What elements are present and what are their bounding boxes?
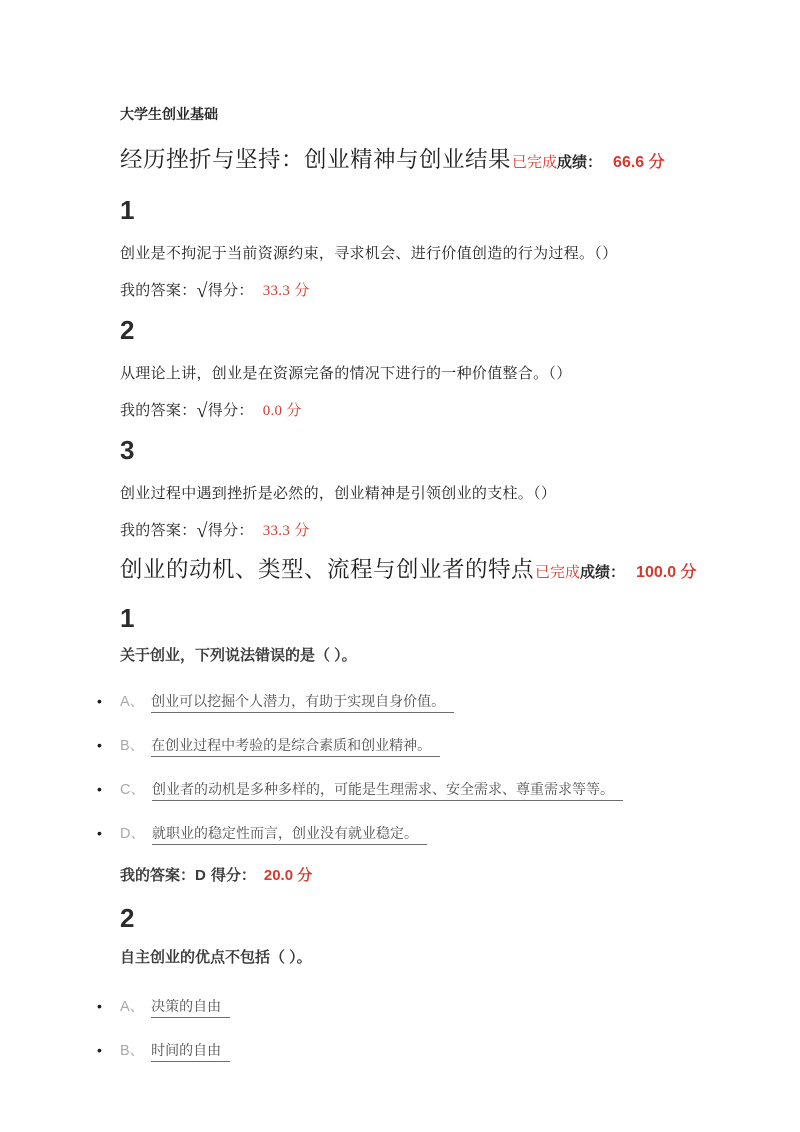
bullet-icon: • xyxy=(97,736,120,755)
score-value: 33.3 分 xyxy=(263,283,310,299)
option-b: • B、 时间的自由 xyxy=(97,1041,650,1062)
answer-prefix-label: 我的答案： xyxy=(120,523,197,539)
section-2-heading: 创业的动机、类型、流程与创业者的特点已完成成绩：100.0 分 xyxy=(120,557,650,586)
section-score-label: 成绩： xyxy=(580,564,625,581)
option-text: 创业者的动机是多种多样的，可能是生理需求、安全需求、尊重需求等等。 xyxy=(152,780,623,801)
option-c: • C、 创业者的动机是多种多样的，可能是生理需求、安全需求、尊重需求等等。 xyxy=(97,780,650,801)
question-text: 自主创业的优点不包括（ ）。 xyxy=(120,948,650,968)
section-status-badge: 已完成 xyxy=(535,564,580,581)
section-status-badge: 已完成 xyxy=(512,154,557,171)
question-number: 1 xyxy=(120,197,650,223)
score-value: 33.3 分 xyxy=(263,523,310,539)
option-b: • B、 在创业过程中考验的是综合素质和创业精神。 xyxy=(97,736,650,757)
option-text: 时间的自由 xyxy=(151,1041,230,1062)
answer-prefix-label: 我的答案： xyxy=(120,867,195,884)
option-d: • D、 就职业的稳定性而言，创业没有就业稳定。 xyxy=(97,824,650,845)
bullet-icon: • xyxy=(97,692,120,711)
question-text: 从理论上讲，创业是在资源完备的情况下进行的一种价值整合。（） xyxy=(120,364,650,384)
question-number: 2 xyxy=(120,905,650,931)
score-label: 得分： xyxy=(208,283,254,299)
score-label: 得分： xyxy=(211,867,256,884)
bullet-icon: • xyxy=(97,1041,120,1060)
option-text: 决策的自由 xyxy=(151,997,230,1018)
score-value: 20.0 分 xyxy=(264,867,312,884)
checkmark-answer: √ xyxy=(197,520,208,542)
bullet-icon: • xyxy=(97,997,120,1016)
section-title: 创业的动机、类型、流程与创业者的特点 xyxy=(120,557,534,582)
answer-line: 我的答案：√得分：33.3 分 xyxy=(120,519,650,543)
checkmark-answer: √ xyxy=(197,400,208,422)
option-a: • A、 创业可以挖掘个人潜力，有助于实现自身价值。 xyxy=(97,692,650,713)
question-number: 3 xyxy=(120,437,650,463)
option-letter: B、 xyxy=(120,1042,144,1061)
answer-line: 我的答案：√得分：0.0 分 xyxy=(120,399,650,423)
score-label: 得分： xyxy=(208,523,254,539)
section-1-heading: 经历挫折与坚持：创业精神与创业结果已完成成绩：66.6 分 xyxy=(120,147,650,176)
option-letter: D、 xyxy=(120,825,145,844)
question-text: 创业过程中遇到挫折是必然的，创业精神是引领创业的支柱。（） xyxy=(120,484,650,504)
section-score-label: 成绩： xyxy=(557,154,602,171)
section-score-value: 66.6 分 xyxy=(613,154,665,171)
option-letter: B、 xyxy=(120,737,144,756)
question-number: 2 xyxy=(120,317,650,343)
option-letter: A、 xyxy=(120,693,144,712)
answer-prefix-label: 我的答案： xyxy=(120,283,197,299)
answer-line: 我的答案：√得分：33.3 分 xyxy=(120,279,650,303)
answer-letter: D xyxy=(195,867,206,884)
question-text: 关于创业，下列说法错误的是（ ）。 xyxy=(120,646,650,666)
option-letter: A、 xyxy=(120,998,144,1017)
course-title: 大学生创业基础 xyxy=(120,106,650,122)
quiz-results-page: 大学生创业基础 经历挫折与坚持：创业精神与创业结果已完成成绩：66.6 分 1 … xyxy=(0,0,800,1132)
bullet-icon: • xyxy=(97,824,120,843)
answer-prefix-label: 我的答案： xyxy=(120,403,197,419)
question-text: 创业是不拘泥于当前资源约束，寻求机会、进行价值创造的行为过程。（） xyxy=(120,244,650,264)
checkmark-answer: √ xyxy=(197,280,208,302)
options-list: • A、 决策的自由 • B、 时间的自由 xyxy=(120,997,650,1062)
score-value: 0.0 分 xyxy=(263,403,302,419)
section-score-value: 100.0 分 xyxy=(636,564,697,581)
question-number: 1 xyxy=(120,605,650,631)
answer-line: 我的答案：D得分：20.0 分 xyxy=(120,866,650,886)
options-list: • A、 创业可以挖掘个人潜力，有助于实现自身价值。 • B、 在创业过程中考验… xyxy=(120,692,650,845)
option-text: 创业可以挖掘个人潜力，有助于实现自身价值。 xyxy=(151,692,454,713)
section-title: 经历挫折与坚持：创业精神与创业结果 xyxy=(120,147,511,172)
option-text: 就职业的稳定性而言，创业没有就业稳定。 xyxy=(152,824,427,845)
option-a: • A、 决策的自由 xyxy=(97,997,650,1018)
option-letter: C、 xyxy=(120,781,145,800)
score-label: 得分： xyxy=(208,403,254,419)
option-text: 在创业过程中考验的是综合素质和创业精神。 xyxy=(151,736,440,757)
bullet-icon: • xyxy=(97,780,120,799)
